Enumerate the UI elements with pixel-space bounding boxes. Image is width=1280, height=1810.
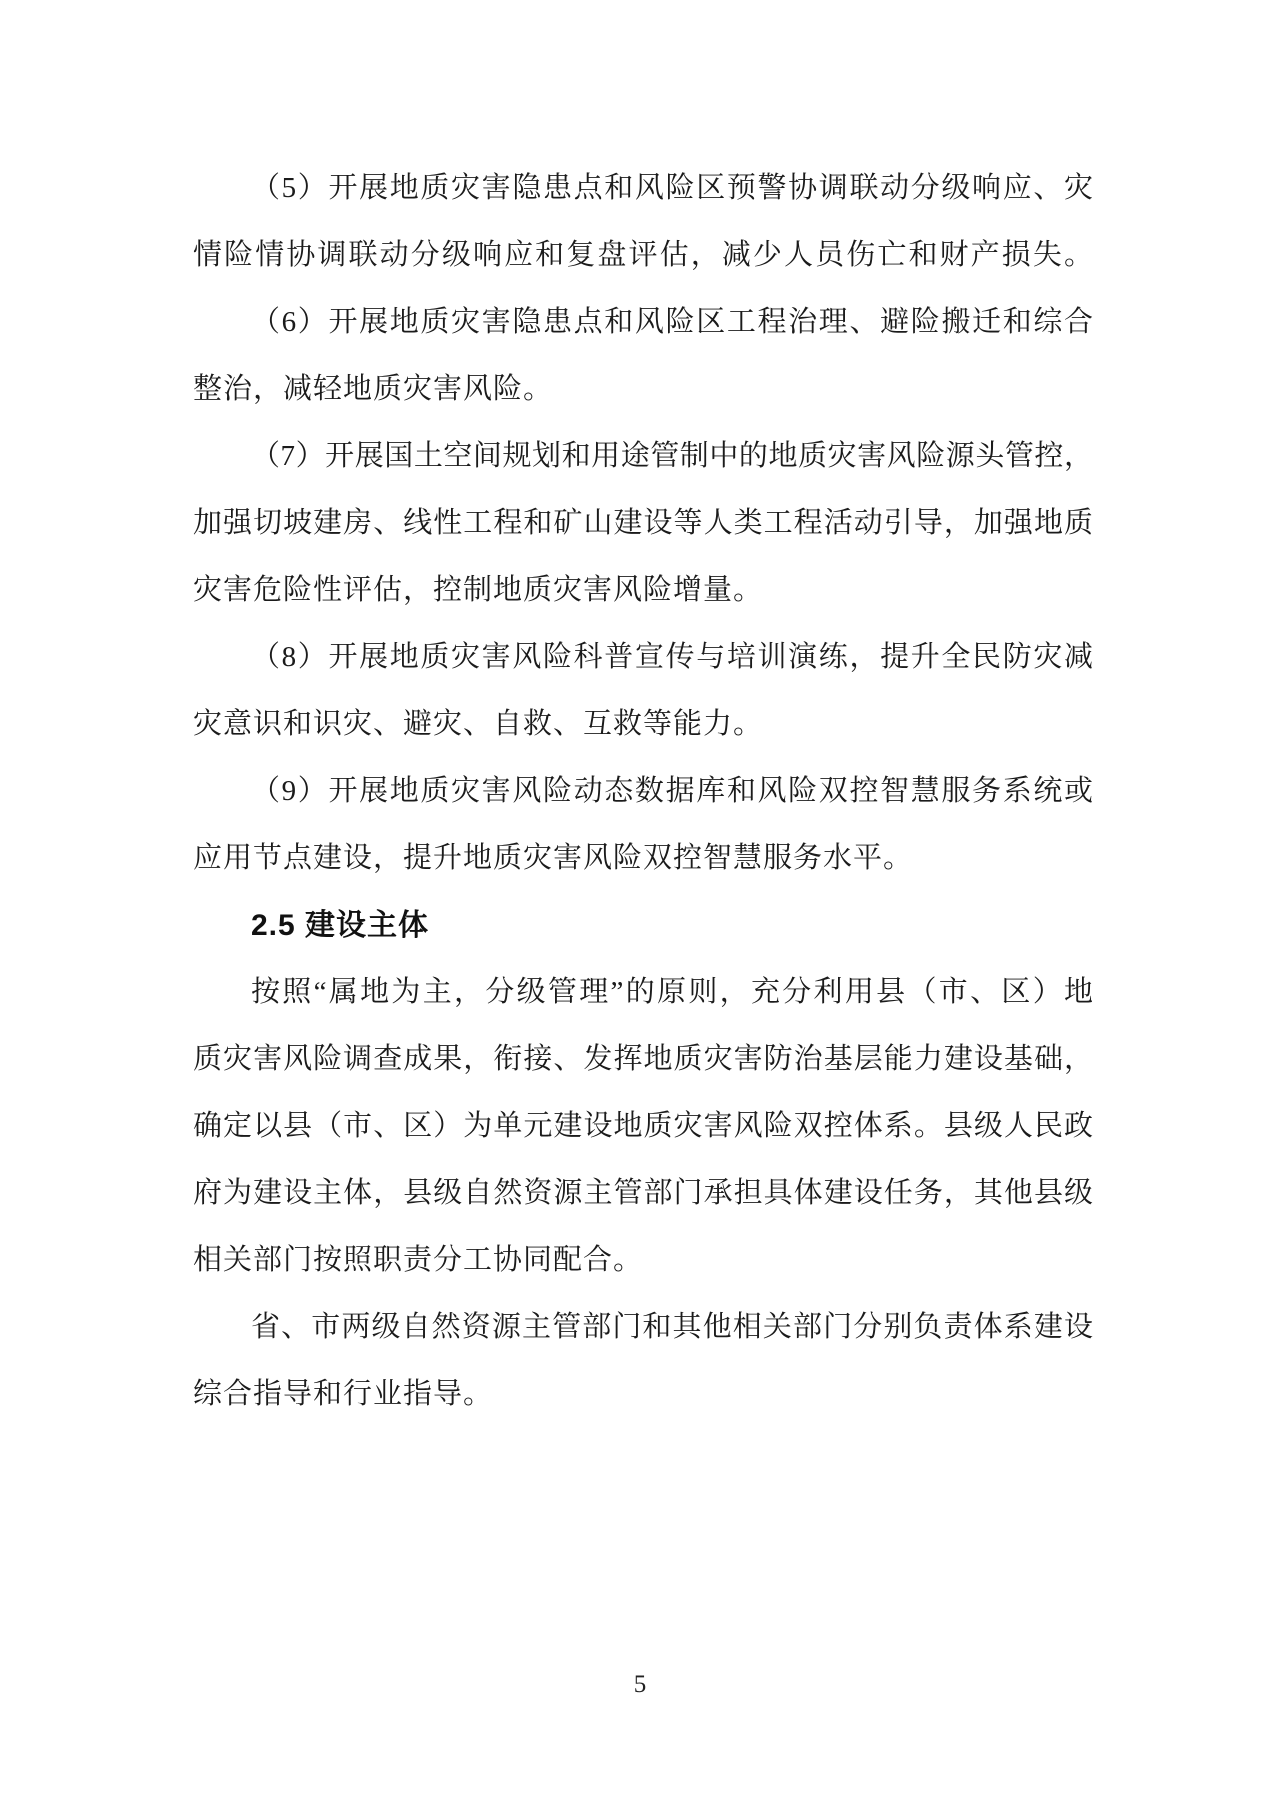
- paragraph-10-line-1: 按照“属地为主，分级管理”的原则，充分利用县（市、区）地: [193, 959, 1093, 1026]
- paragraph-8-line-2: 灾意识和识灾、避灾、自救、互救等能力。: [193, 691, 1093, 758]
- paragraph-7-line-1: （7）开展国土空间规划和用途管制中的地质灾害风险源头管控，: [193, 423, 1093, 490]
- paragraph-11-line-1: 省、市两级自然资源主管部门和其他相关部门分别负责体系建设: [193, 1294, 1093, 1361]
- paragraph-5-line-2: 情险情协调联动分级响应和复盘评估，减少人员伤亡和财产损失。: [193, 222, 1093, 289]
- body-text: （5）开展地质灾害隐患点和风险区预警协调联动分级响应、灾 情险情协调联动分级响应…: [193, 155, 1093, 1428]
- paragraph-9-line-2: 应用节点建设，提升地质灾害风险双控智慧服务水平。: [193, 825, 1093, 892]
- paragraph-7-line-2: 加强切坡建房、线性工程和矿山建设等人类工程活动引导，加强地质: [193, 490, 1093, 557]
- document-page: （5）开展地质灾害隐患点和风险区预警协调联动分级响应、灾 情险情协调联动分级响应…: [0, 0, 1280, 1810]
- paragraph-10-line-2: 质灾害风险调查成果，衔接、发挥地质灾害防治基层能力建设基础，: [193, 1026, 1093, 1093]
- paragraph-6-line-2: 整治，减轻地质灾害风险。: [193, 356, 1093, 423]
- paragraph-10-line-3: 确定以县（市、区）为单元建设地质灾害风险双控体系。县级人民政: [193, 1093, 1093, 1160]
- paragraph-11-line-2: 综合指导和行业指导。: [193, 1361, 1093, 1428]
- paragraph-5-line-1: （5）开展地质灾害隐患点和风险区预警协调联动分级响应、灾: [193, 155, 1093, 222]
- paragraph-6-line-1: （6）开展地质灾害隐患点和风险区工程治理、避险搬迁和综合: [193, 289, 1093, 356]
- paragraph-7-line-3: 灾害危险性评估，控制地质灾害风险增量。: [193, 557, 1093, 624]
- paragraph-9-line-1: （9）开展地质灾害风险动态数据库和风险双控智慧服务系统或: [193, 758, 1093, 825]
- page-number: 5: [0, 1668, 1280, 1702]
- paragraph-8-line-1: （8）开展地质灾害风险科普宣传与培训演练，提升全民防灾减: [193, 624, 1093, 691]
- paragraph-10-line-5: 相关部门按照职责分工协同配合。: [193, 1227, 1093, 1294]
- section-heading-2-5: 2.5 建设主体: [193, 892, 1093, 959]
- paragraph-10-line-4: 府为建设主体，县级自然资源主管部门承担具体建设任务，其他县级: [193, 1160, 1093, 1227]
